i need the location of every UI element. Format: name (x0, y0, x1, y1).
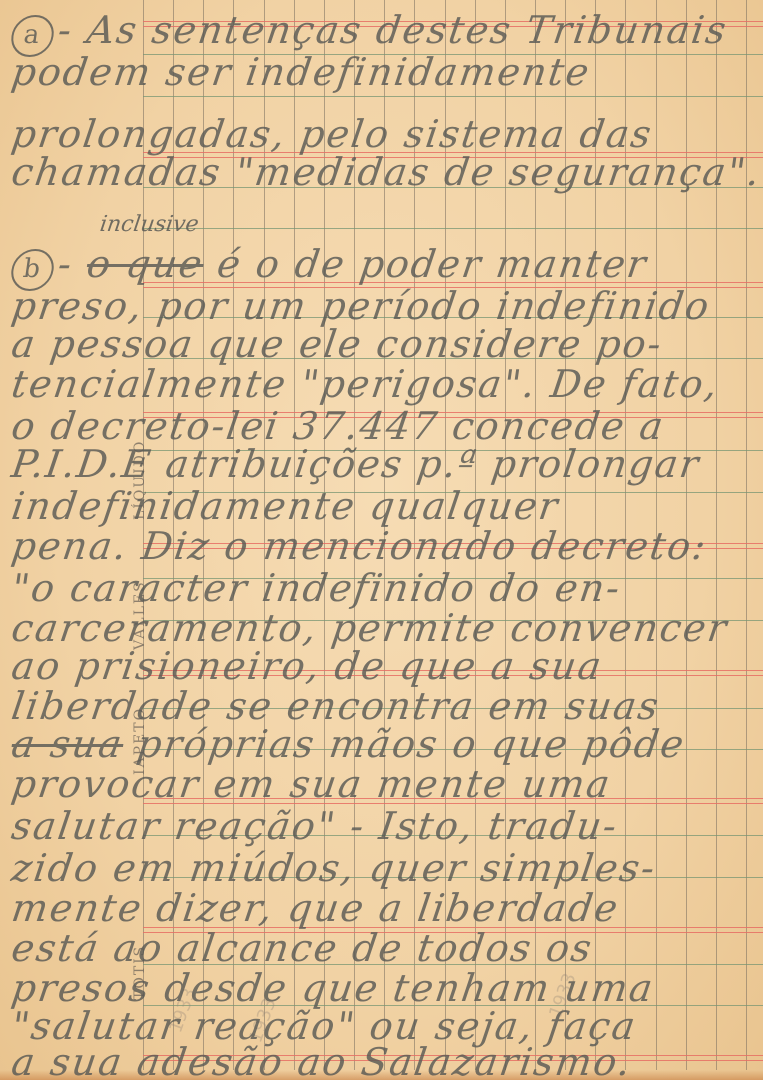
item-b-line-8: pena. Diz o mencionado decreto: (9, 524, 710, 568)
item-b-line-7: indefinidamente qualquer (9, 484, 562, 528)
item-b-line-14: provocar em sua mente uma (9, 762, 614, 806)
item-b-line-4: tencialmente "perigosa". De fato, (9, 362, 722, 406)
item-b-line-11: ao prisioneiro, de que a sua (9, 644, 606, 688)
item-b-line-21: a sua adesão ao Salazarismo. (9, 1040, 635, 1080)
item-b-line-13: a sua próprias mãos o que pôde (9, 722, 688, 766)
insertion-text: inclusive (98, 212, 200, 237)
item-b-line-17: mente dizer, que a liberdade (9, 886, 622, 930)
struck-line-start: a sua (9, 722, 127, 766)
item-b-line-9: "o caracter indefinido do en- (9, 566, 624, 610)
handwritten-text: a- As sentenças destes Tribunais podem s… (0, 0, 763, 1080)
item-b-line-6: P.I.D.E atribuições p.ª prolongar (9, 442, 703, 486)
item-a-line-2: podem ser indefinidamente (9, 50, 594, 94)
struck-text: o que (84, 242, 206, 286)
item-b-line-15: salutar reação" - Isto, tradu- (9, 804, 621, 848)
item-b-line-16: zido em miúdos, quer simples- (9, 846, 659, 890)
item-b-line-18: está ao alcance de todos os (9, 926, 596, 970)
item-a-line-4: chamadas "medidas de segurança". (9, 150, 763, 194)
item-b-line-3: a pessoa que ele considere po- (9, 322, 666, 366)
